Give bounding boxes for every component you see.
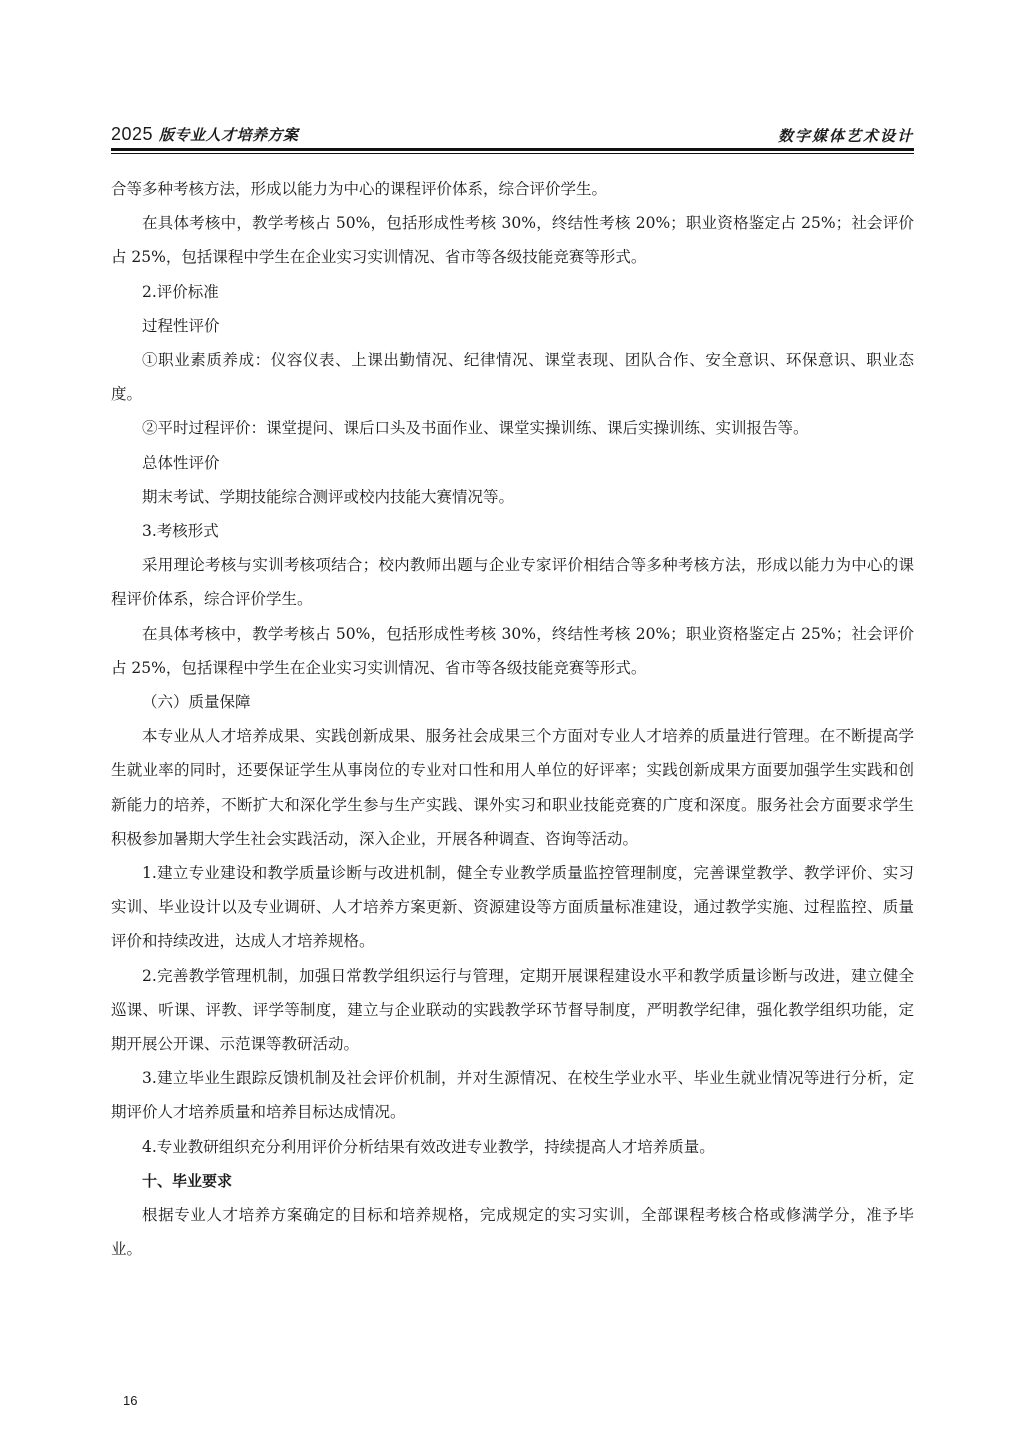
list-item-routine-evaluation: ②平时过程评价：课堂提问、课后口头及书面作业、课堂实操训练、课后实操训练、实训报… (111, 411, 914, 445)
paragraph-continuation: 合等多种考核方法，形成以能力为中心的课程评价体系，综合评价学生。 (111, 172, 914, 206)
paragraph-assessment-weights: 在具体考核中，教学考核占 50%，包括形成性考核 30%，终结性考核 20%；职… (111, 206, 914, 274)
header-year: 2025 (111, 124, 153, 144)
heading-assessment-forms: 3.考核形式 (111, 514, 914, 548)
heading-quality-assurance: （六）质量保障 (111, 685, 914, 719)
running-header: 2025 版专业人才培养方案 数字媒体艺术设计 (111, 124, 914, 146)
paragraph-overall-evaluation: 期末考试、学期技能综合测评或校内技能大赛情况等。 (111, 480, 914, 514)
heading-overall-evaluation: 总体性评价 (111, 446, 914, 480)
section-heading-graduation-requirements: 十、毕业要求 (111, 1164, 914, 1198)
list-item-teaching-management: 2.完善教学管理机制，加强日常教学组织运行与管理，定期开展课程建设水平和教学质量… (111, 959, 914, 1062)
header-rule-thick (111, 148, 914, 151)
list-item-continuous-improvement: 4.专业教研组织充分利用评价分析结果有效改进专业教学，持续提高人才培养质量。 (111, 1130, 914, 1164)
heading-process-evaluation: 过程性评价 (111, 309, 914, 343)
page-number: 16 (123, 1393, 137, 1408)
list-item-graduate-tracking: 3.建立毕业生跟踪反馈机制及社会评价机制，并对生源情况、在校生学业水平、毕业生就… (111, 1061, 914, 1129)
document-page: 2025 版专业人才培养方案 数字媒体艺术设计 合等多种考核方法，形成以能力为中… (0, 0, 1024, 1448)
paragraph-assessment-forms: 采用理论考核与实训考核项结合；校内教师出题与企业专家评价相结合等多种考核方法，形… (111, 548, 914, 616)
header-major-name: 数字媒体艺术设计 (778, 125, 914, 146)
paragraph-graduation-requirements: 根据专业人才培养方案确定的目标和培养规格，完成规定的实习实训，全部课程考核合格或… (111, 1198, 914, 1266)
heading-evaluation-standards: 2.评价标准 (111, 275, 914, 309)
list-item-professional-quality: ①职业素质养成：仪容仪表、上课出勤情况、纪律情况、课堂表现、团队合作、安全意识、… (111, 343, 914, 411)
header-plan-title: 版专业人才培养方案 (159, 126, 299, 144)
header-document-title: 2025 版专业人才培养方案 (111, 124, 298, 145)
paragraph-quality-management: 本专业从人才培养成果、实践创新成果、服务社会成果三个方面对专业人才培养的质量进行… (111, 719, 914, 856)
list-item-quality-mechanism: 1.建立专业建设和教学质量诊断与改进机制，健全专业教学质量监控管理制度，完善课堂… (111, 856, 914, 959)
body-text: 合等多种考核方法，形成以能力为中心的课程评价体系，综合评价学生。 在具体考核中，… (111, 172, 914, 1267)
header-rule-thin (111, 153, 914, 154)
paragraph-assessment-weights-repeat: 在具体考核中，教学考核占 50%，包括形成性考核 30%，终结性考核 20%；职… (111, 617, 914, 685)
